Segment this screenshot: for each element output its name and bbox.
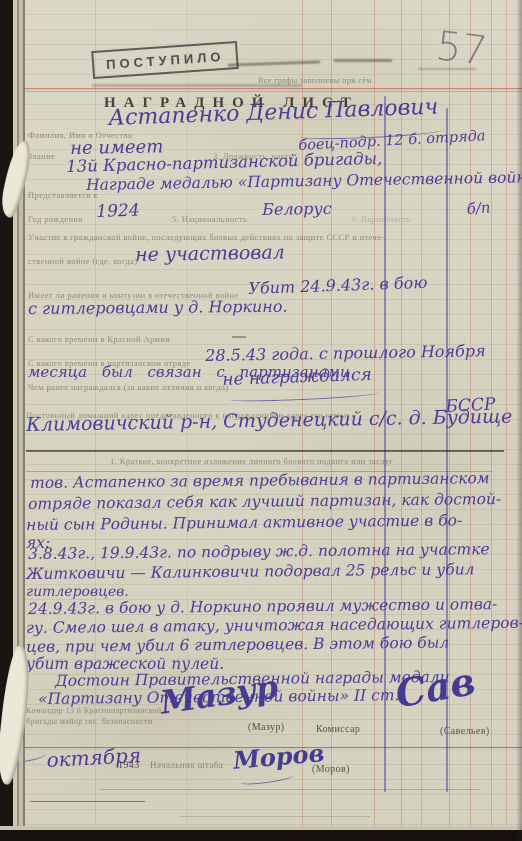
field-label-war-service-2: ственной войне (где, когда): [28, 256, 137, 266]
scan-shadow-right: [516, 0, 522, 841]
feat-line: отряде показал себя как лучший партизан,…: [28, 490, 501, 513]
top-note: Все графы заполнены при сём: [258, 76, 372, 85]
field-value-partisan-since: 28.5.43 года. с прошлого Ноября: [205, 341, 486, 365]
faint-rule: [30, 801, 145, 802]
field-label-party: 6. Партийность: [352, 215, 410, 224]
field-label-red-army: С какого времени в Красной Армии: [28, 334, 170, 344]
chief-name: (Моров): [312, 764, 350, 775]
field-value-war-service: не участвовал: [135, 241, 285, 266]
field-value-party: б/п: [466, 198, 491, 218]
commander-name: (Мазур): [248, 722, 285, 733]
field-value-nationality: Белорус: [262, 199, 332, 219]
field-label-prev-awards: Чем ранее награждался (за какие отличия …: [28, 382, 229, 392]
commissar-name: (Савельев): [440, 726, 490, 737]
feat-line: ный сын Родины. Принимал активное участи…: [26, 511, 462, 534]
faint-rule: [100, 789, 480, 790]
faint-rule: [180, 816, 370, 817]
field-value-birth-year: 1924: [96, 200, 140, 221]
feat-line: Житковичи — Калинковичи подорвал 25 рель…: [26, 560, 475, 583]
field-label-war-service: Участие в гражданской войне, последующих…: [28, 232, 384, 242]
field-label-rank: Звание: [28, 151, 55, 161]
header-rule: [0, 91, 522, 92]
feat-line: гитлеровцев.: [26, 584, 129, 600]
field-label-nationality: 5. Национальность: [172, 214, 247, 224]
ink-smudge: [334, 59, 392, 62]
commissar-label: Комиссар: [316, 724, 360, 735]
award-document-page: ПОСТУПИЛО 57 Все графы заполнены при сём…: [0, 0, 522, 841]
feat-section-header: 1. Краткое, конкретное изложение личного…: [110, 456, 393, 466]
section-rule: [26, 450, 504, 452]
ink-flourish: [230, 389, 380, 402]
commissar-signature: Сав: [392, 658, 478, 716]
chief-of-staff-label: Начальник штаба: [150, 760, 223, 770]
field-value-red-army: —: [232, 329, 246, 345]
field-label-birth-year: Год рождения: [28, 214, 83, 224]
page-number: 57: [433, 23, 489, 75]
commander-title-line1: Командир 13 й Краснопартизанской: [26, 706, 162, 715]
date-year: 1943: [118, 760, 140, 771]
received-stamp: ПОСТУПИЛО: [91, 41, 239, 79]
field-value-wounds-2: с гитлеровцами у д. Норкино.: [28, 297, 288, 318]
header-rule: [0, 88, 522, 89]
commander-title-line2: бригады майор гос. безопасности: [26, 717, 153, 726]
ink-smudge: [228, 60, 320, 66]
field-value-prev-awards: не награждался: [222, 365, 372, 390]
scan-background-bottom: [0, 830, 522, 841]
